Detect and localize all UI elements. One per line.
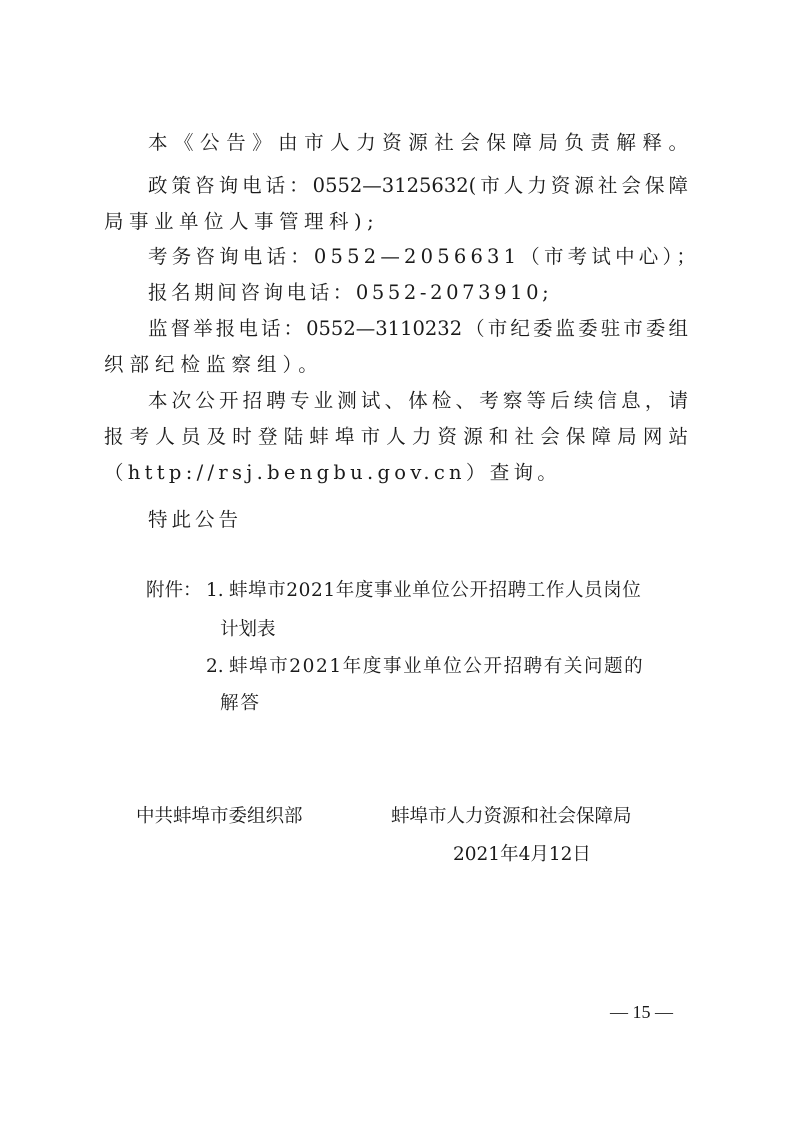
attachment-1-title-cont: 计划表 bbox=[220, 618, 276, 642]
interpretation-paragraph: 本《公告》由市人力资源社会保障局负责解释。 bbox=[148, 131, 688, 155]
attachment-1-title: 蚌埠市2021年度事业单位公开招聘工作人员岗位 bbox=[229, 579, 641, 603]
attachment-2-title: 蚌埠市2021年度事业单位公开招聘有关问题的 bbox=[229, 655, 644, 679]
registration-hotline: 报名期间咨询电话：0552-2073910; bbox=[148, 281, 688, 305]
signature-org-hr-bureau: 蚌埠市人力资源和社会保障局 bbox=[391, 805, 632, 829]
attachment-1-number: 1. bbox=[206, 579, 224, 603]
supervision-hotline-line-2: 织部纪检监察组）。 bbox=[104, 353, 688, 377]
attachment-2-number: 2. bbox=[206, 655, 224, 679]
attachments-label: 附件： bbox=[146, 579, 202, 603]
signature-date: 2021年4月12日 bbox=[453, 843, 591, 867]
page-number: — 15 — bbox=[610, 1000, 673, 1024]
supervision-hotline-line-1: 监督举报电话：0552—3110232（市纪委监委驻市委组 bbox=[148, 317, 688, 341]
website-url-line: （http://rsj.bengbu.gov.cn）查询。 bbox=[104, 461, 688, 485]
exam-hotline: 考务咨询电话：0552—2056631（市考试中心）； bbox=[148, 245, 688, 269]
signature-org-organization-dept: 中共蚌埠市委组织部 bbox=[136, 805, 303, 829]
attachment-2-title-cont: 解答 bbox=[220, 692, 261, 716]
followup-info-line-1: 本次公开招聘专业测试、体检、考察等后续信息，请 bbox=[148, 389, 688, 413]
followup-info-line-2: 报考人员及时登陆蚌埠市人力资源和社会保障局网站 bbox=[104, 425, 688, 449]
policy-hotline-line-2: 局事业单位人事管理科); bbox=[104, 210, 688, 234]
closing-statement: 特此公告 bbox=[148, 508, 688, 532]
policy-hotline-line-1: 政策咨询电话：0552—3125632(市人力资源社会保障 bbox=[148, 174, 688, 198]
